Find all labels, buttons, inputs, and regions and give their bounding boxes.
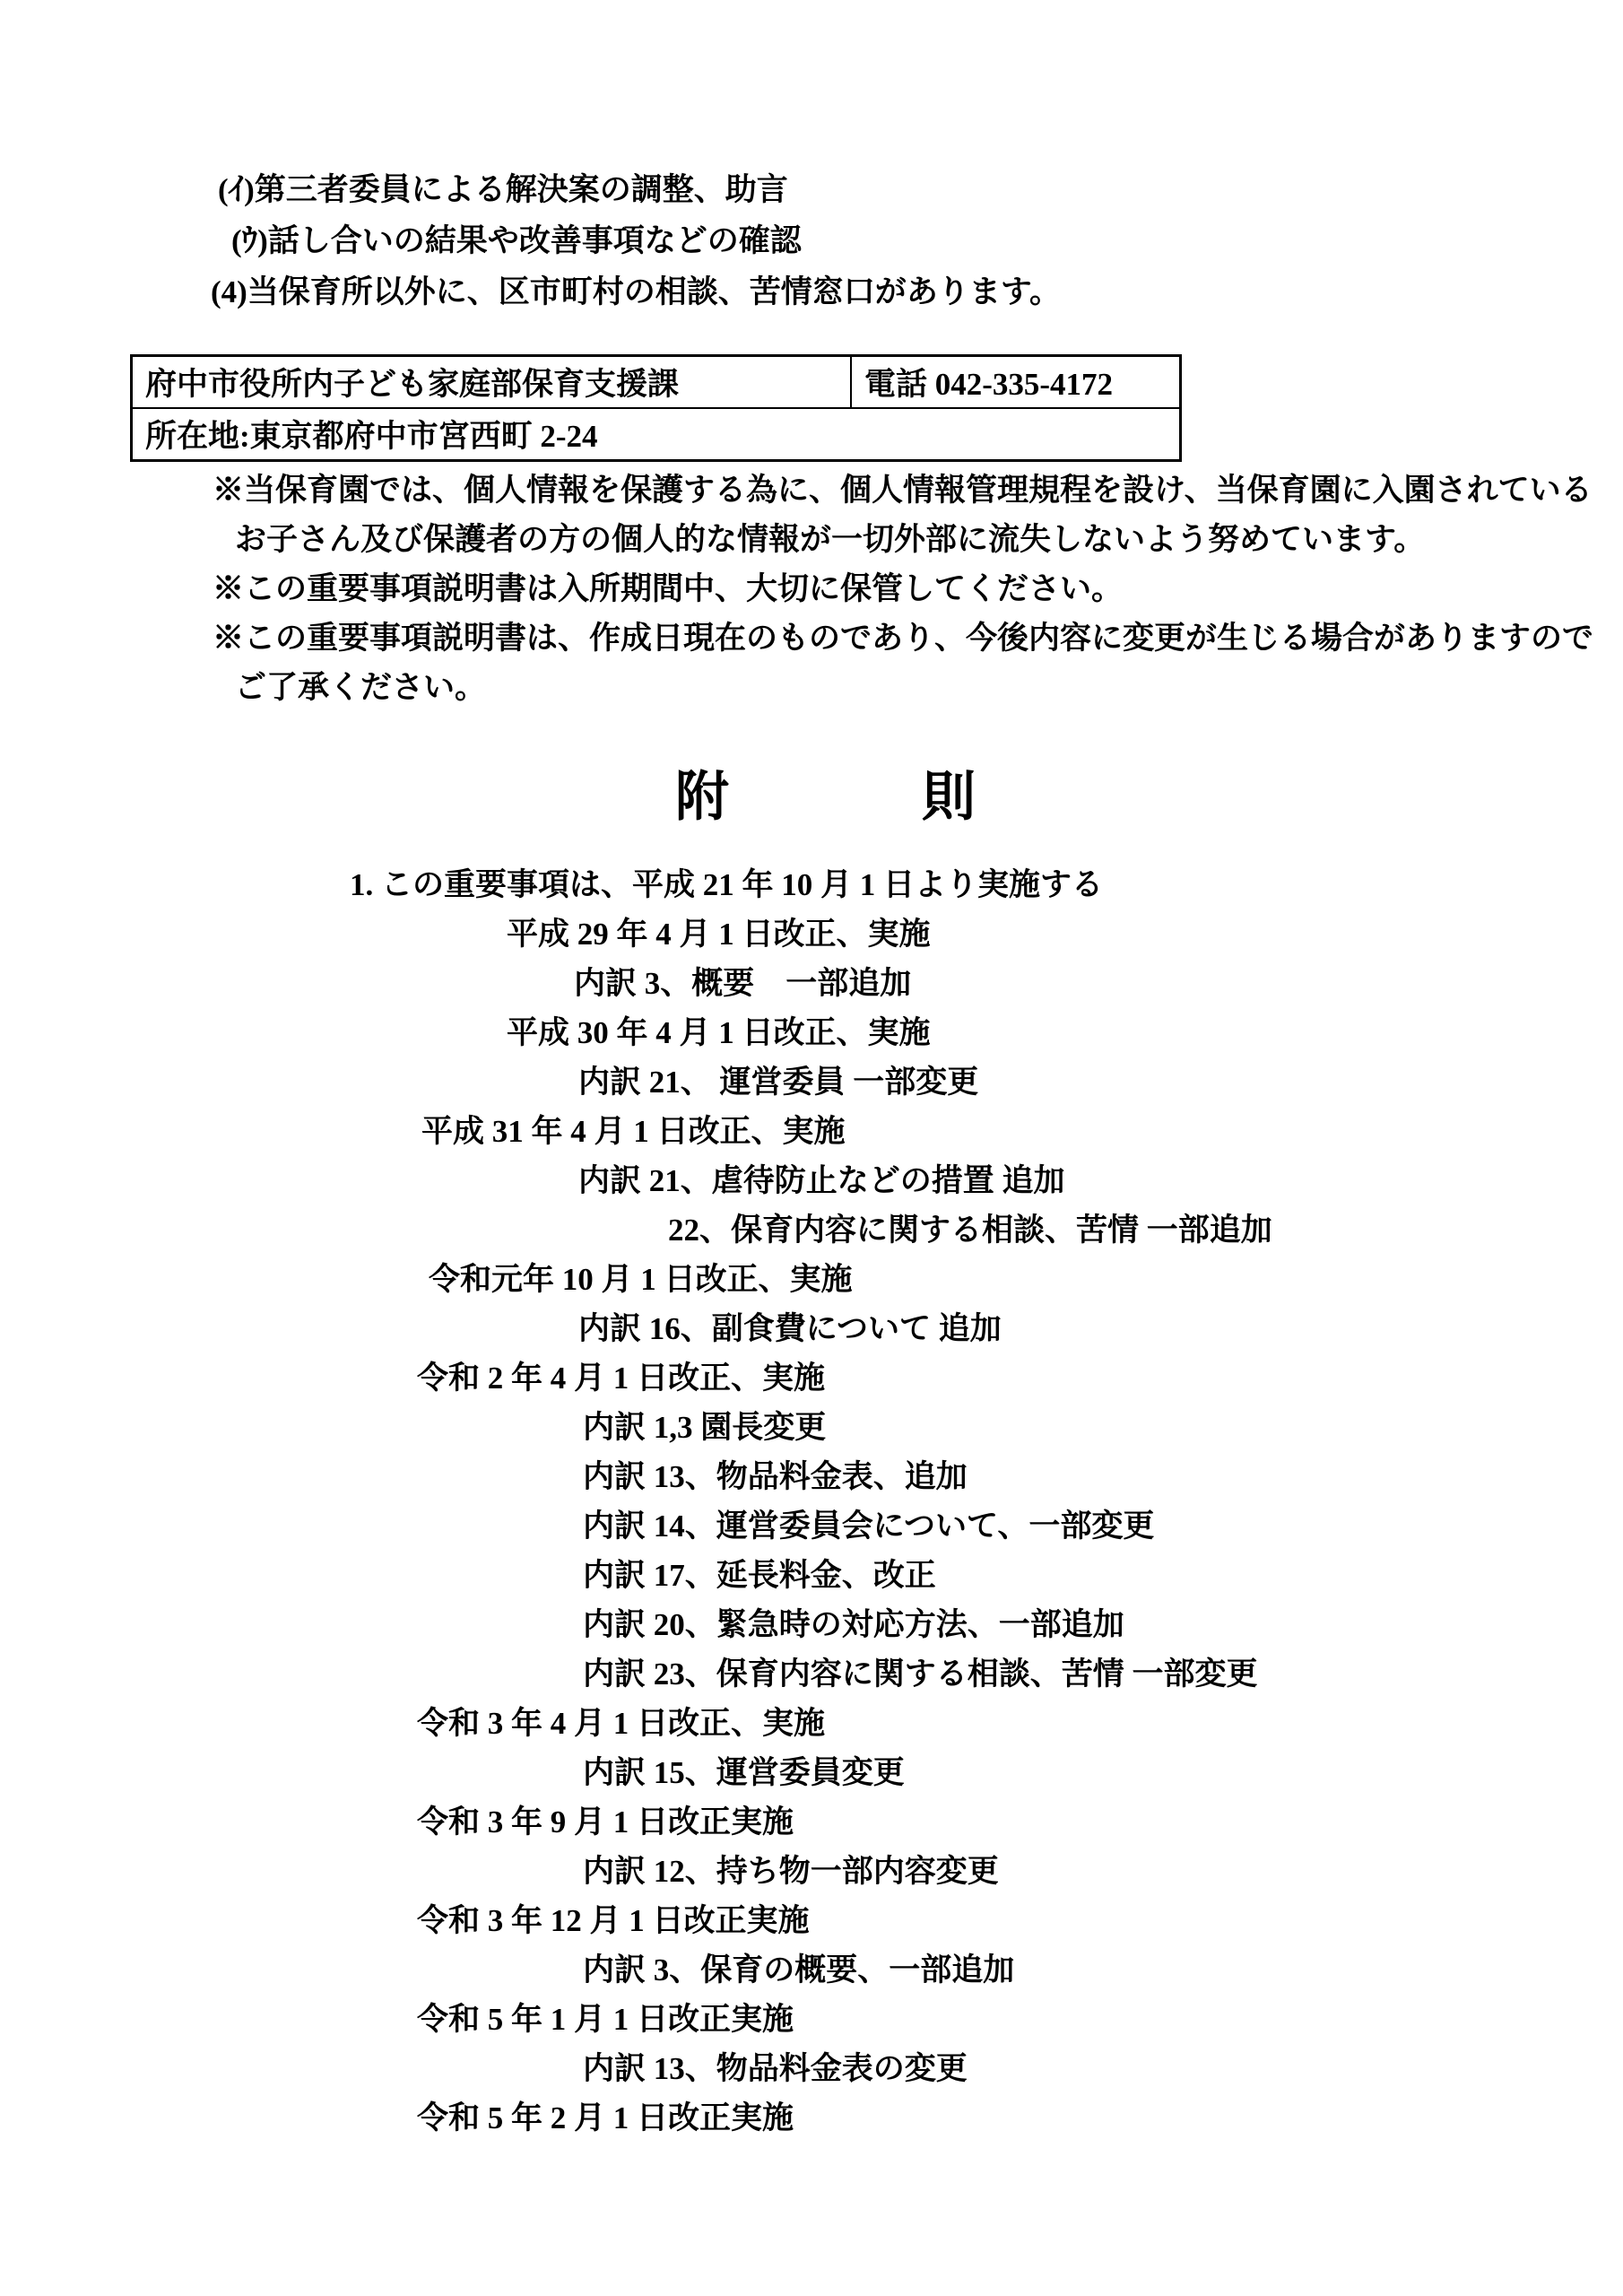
appendix-item-20: 令和 3 年 9 月 1 日改正実施 — [0, 1797, 1623, 1847]
appendix-item-13: 内訳 13、物品料金表、追加 — [0, 1452, 1623, 1501]
appendix-item-11: 令和 2 年 4 月 1 日改正、実施 — [0, 1353, 1623, 1403]
appendix-heading-char-left: 附 — [675, 766, 729, 829]
appendix-list: 1. この重要事項は、平成 21 年 10 月 1 日より実施する 平成 29 … — [0, 860, 1623, 2143]
appendix-item-23: 内訳 3、保育の概要、一部追加 — [0, 1945, 1623, 1995]
appendix-item-17: 内訳 23、保育内容に関する相談、苦情 一部変更 — [0, 1649, 1623, 1699]
note-subject-to-change-line-2: ご了承ください。 — [0, 663, 1623, 712]
appendix-item-10: 内訳 16、副食費について 追加 — [0, 1304, 1623, 1353]
appendix-item-6: 平成 31 年 4 月 1 日改正、実施 — [0, 1107, 1623, 1156]
intro-line-discussion: (ｳ)話し合いの結果や改善事項などの確認 — [0, 215, 1623, 266]
appendix-item-2: 平成 29 年 4 月 1 日改正、実施 — [0, 909, 1623, 959]
appendix-item-5: 内訳 21、 運営委員 一部変更 — [0, 1057, 1623, 1107]
appendix-item-24: 令和 5 年 1 月 1 日改正実施 — [0, 1995, 1623, 2044]
phone-cell: 電話 042-335-4172 — [851, 356, 1181, 409]
notes-section: ※当保育園では、個人情報を保護する為に、個人情報管理規程を設け、当保育園に入園さ… — [0, 465, 1623, 712]
appendix-item-22: 令和 3 年 12 月 1 日改正実施 — [0, 1896, 1623, 1945]
appendix-item-19: 内訳 15、運営委員変更 — [0, 1748, 1623, 1797]
appendix-item-8: 22、保育内容に関する相談、苦情 一部追加 — [0, 1205, 1623, 1255]
appendix-item-18: 令和 3 年 4 月 1 日改正、実施 — [0, 1699, 1623, 1748]
intro-line-municipal: (4)当保育所以外に、区市町村の相談、苦情窓口があります。 — [0, 266, 1623, 317]
appendix-heading: 附 則 — [0, 766, 1623, 829]
address-cell: 所在地:東京都府中市宮西町 2-24 — [132, 408, 1181, 461]
note-privacy-line-1: ※当保育園では、個人情報を保護する為に、個人情報管理規程を設け、当保育園に入園さ… — [0, 465, 1623, 515]
appendix-item-4: 平成 30 年 4 月 1 日改正、実施 — [0, 1008, 1623, 1057]
contact-table: 府中市役所内子ども家庭部保育支援課 電話 042-335-4172 所在地:東京… — [130, 354, 1182, 462]
appendix-item-21: 内訳 12、持ち物一部内容変更 — [0, 1847, 1623, 1896]
appendix-item-7: 内訳 21、虐待防止などの措置 追加 — [0, 1156, 1623, 1205]
appendix-item-3: 内訳 3、概要 一部追加 — [0, 959, 1623, 1008]
note-keep-safe: ※この重要事項説明書は入所期間中、大切に保管してください。 — [0, 564, 1623, 613]
department-cell: 府中市役所内子ども家庭部保育支援課 — [132, 356, 852, 409]
note-subject-to-change-line-1: ※この重要事項説明書は、作成日現在のものであり、今後内容に変更が生じる場合があり… — [0, 613, 1623, 663]
note-privacy-line-2: お子さん及び保護者の方の個人的な情報が一切外部に流失しないよう努めています。 — [0, 515, 1623, 564]
appendix-item-16: 内訳 20、緊急時の対応方法、一部追加 — [0, 1600, 1623, 1649]
appendix-item-14: 内訳 14、運営委員会について、一部変更 — [0, 1501, 1623, 1551]
appendix-item-15: 内訳 17、延長料金、改正 — [0, 1551, 1623, 1600]
intro-section: (ｲ)第三者委員による解決案の調整、助言 (ｳ)話し合いの結果や改善事項などの確… — [0, 164, 1623, 317]
contact-table-row-1: 府中市役所内子ども家庭部保育支援課 電話 042-335-4172 — [132, 356, 1181, 409]
document-page: (ｲ)第三者委員による解決案の調整、助言 (ｳ)話し合いの結果や改善事項などの確… — [0, 0, 1623, 2296]
appendix-item-1: 1. この重要事項は、平成 21 年 10 月 1 日より実施する — [0, 860, 1623, 909]
appendix-item-26: 令和 5 年 2 月 1 日改正実施 — [0, 2093, 1623, 2143]
appendix-item-9: 令和元年 10 月 1 日改正、実施 — [0, 1255, 1623, 1304]
contact-table-row-2: 所在地:東京都府中市宮西町 2-24 — [132, 408, 1181, 461]
appendix-item-12: 内訳 1,3 園長変更 — [0, 1403, 1623, 1452]
appendix-item-25: 内訳 13、物品料金表の変更 — [0, 2044, 1623, 2093]
appendix-heading-char-right: 則 — [922, 766, 976, 829]
intro-line-third-party: (ｲ)第三者委員による解決案の調整、助言 — [0, 164, 1623, 215]
